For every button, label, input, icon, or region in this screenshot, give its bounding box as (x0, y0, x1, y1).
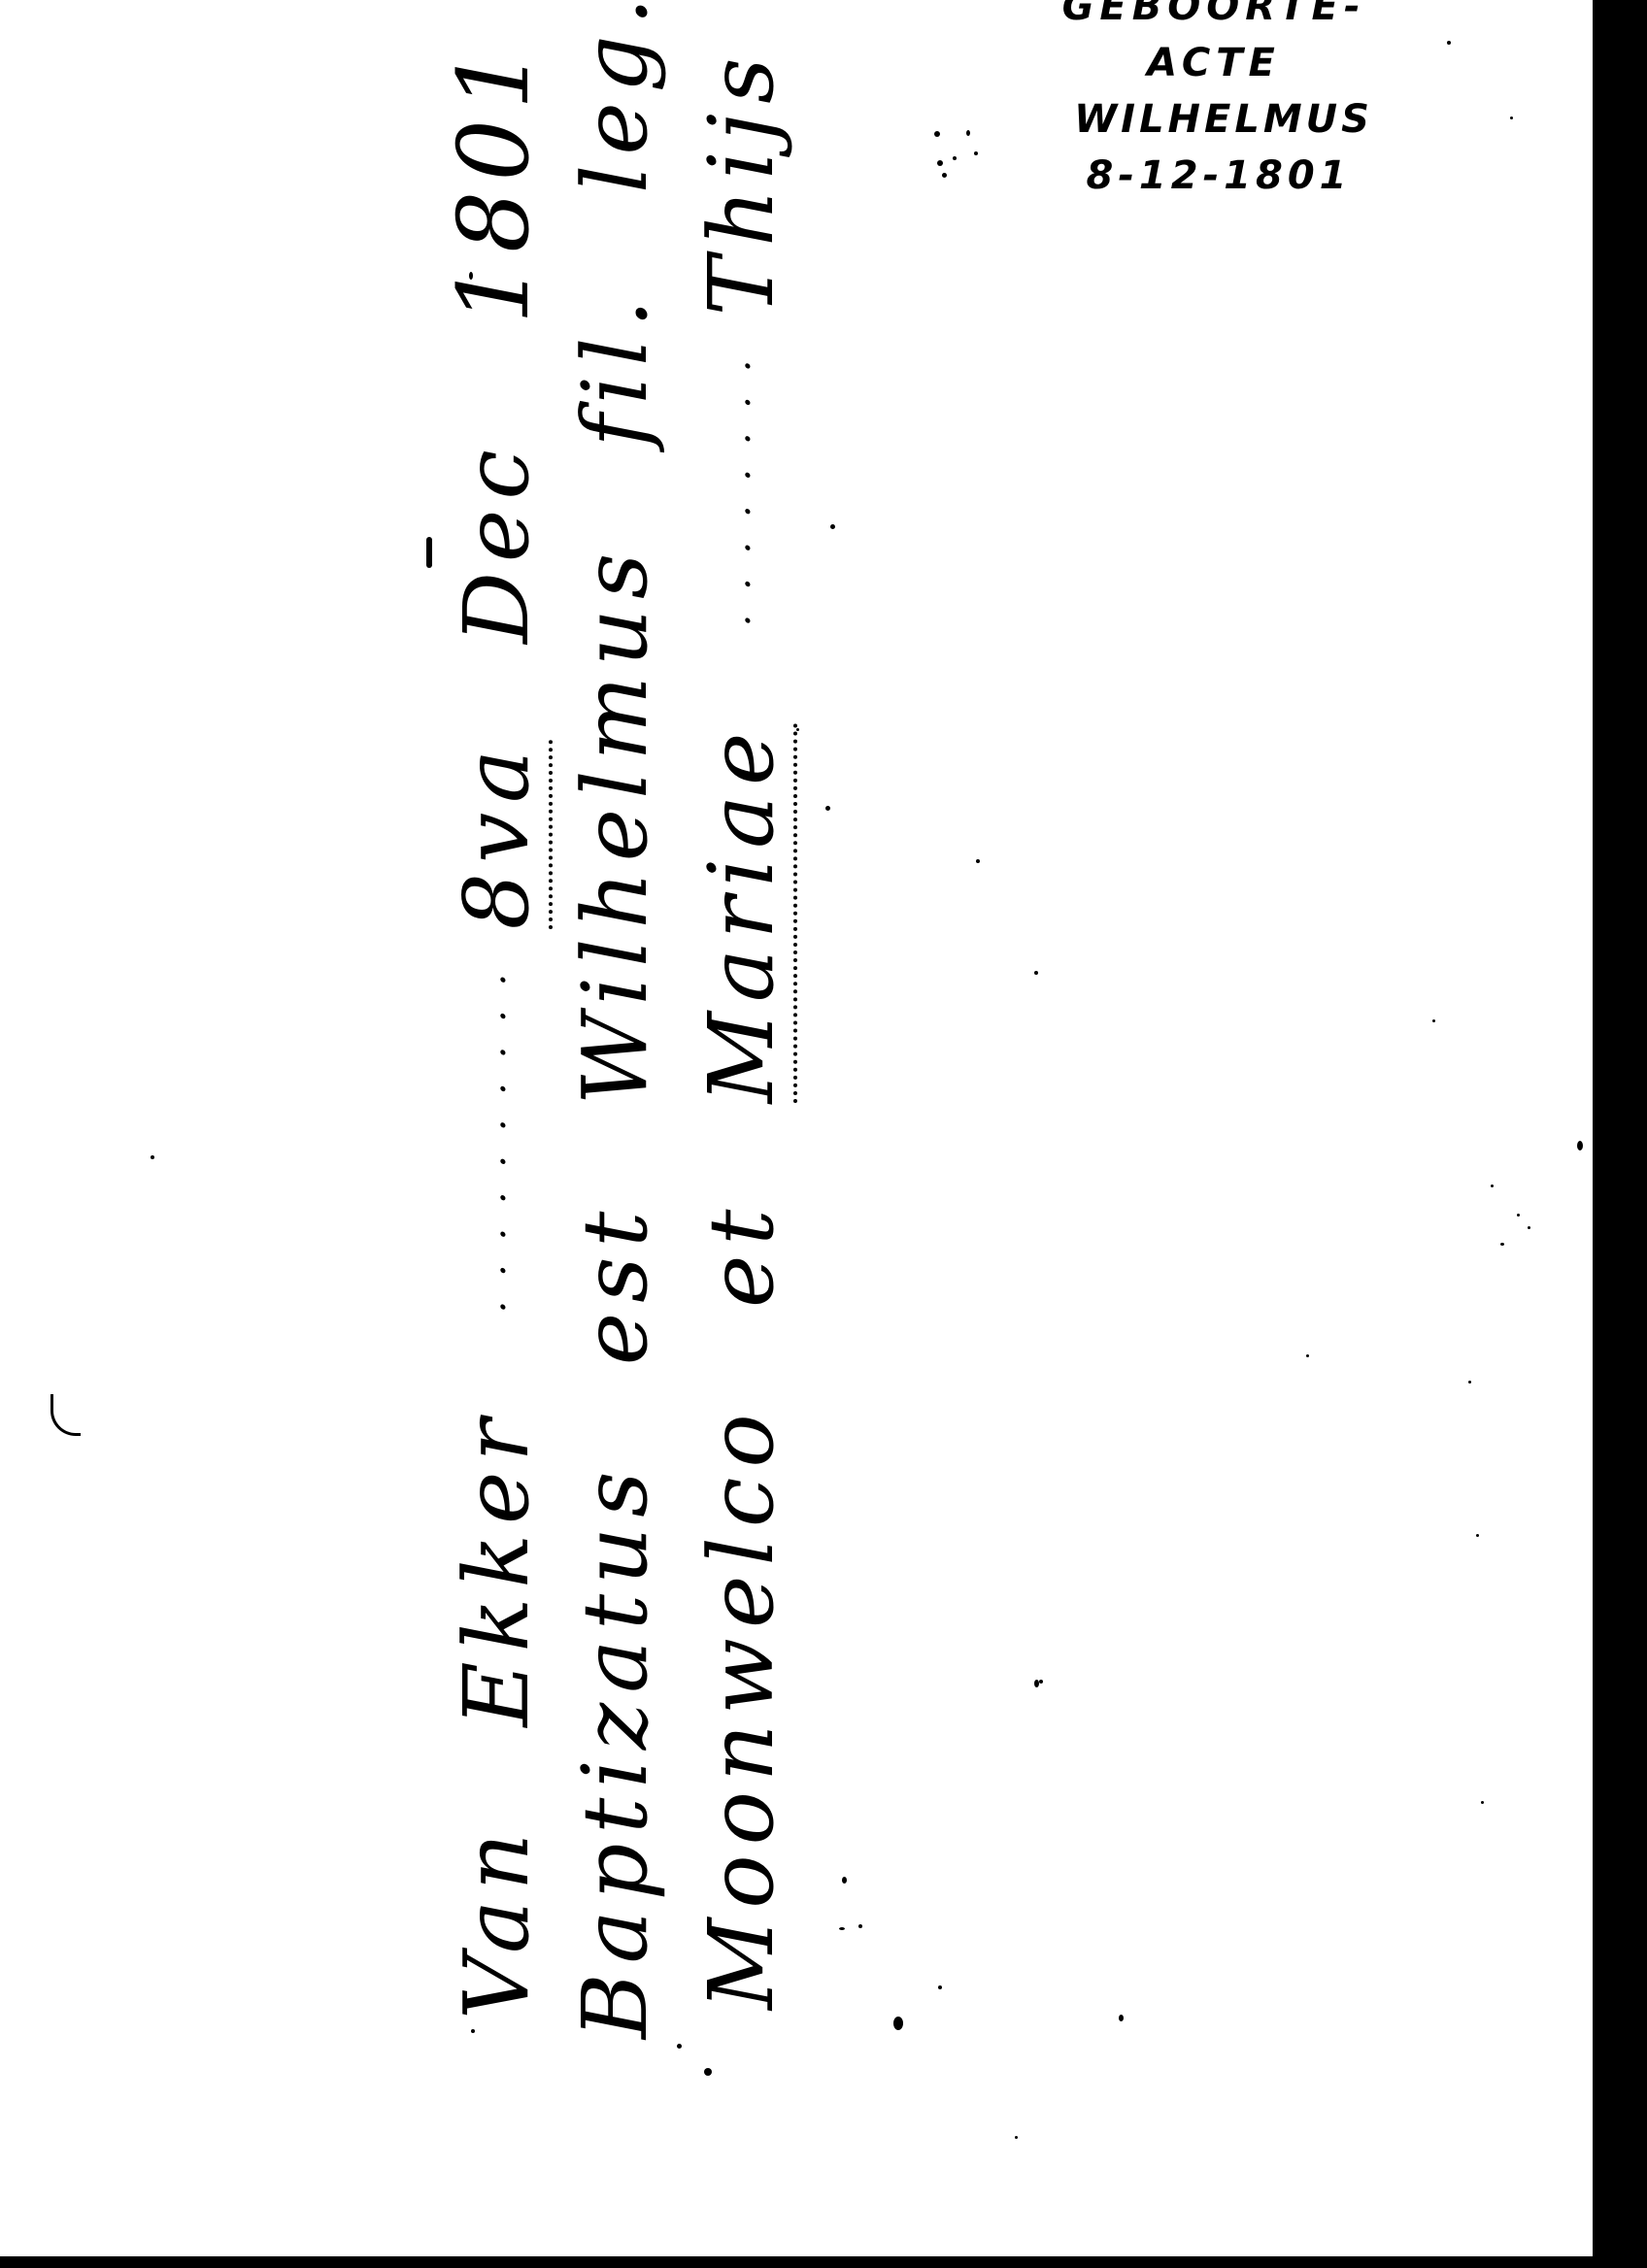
archive-stamp: GEBOORTE-ACTE WILHELMUS 8-12-1801 (1010, 0, 1418, 204)
scan-speck (796, 728, 799, 731)
scan-speck (1447, 41, 1451, 45)
handwritten-word: Dec (445, 440, 549, 644)
scan-speck (1306, 1354, 1309, 1357)
scan-speck (1034, 971, 1038, 975)
scan-border-right (1593, 0, 1647, 2268)
handwriting-line-2: Baptizatus est Wilhelmus fil. leg. Steph… (563, 0, 667, 2039)
handwritten-word: fil. (563, 289, 667, 447)
scan-speck (825, 806, 830, 811)
scan-speck (469, 272, 473, 280)
scan-speck (1500, 1243, 1504, 1246)
scan-speck (1577, 1141, 1583, 1151)
stray-pen-mark (50, 1394, 81, 1436)
scan-speck (151, 1155, 154, 1159)
stamp-name: WILHELMUS (1029, 91, 1418, 148)
handwritten-word: Baptizatus (563, 1462, 667, 2040)
scan-border-bottom (0, 2256, 1647, 2268)
scan-speck (1432, 1019, 1435, 1022)
handwritten-word: Ekker (445, 1410, 549, 1727)
handwritten-word: Van (445, 1823, 549, 2019)
scan-speck (937, 160, 943, 166)
scan-speck (953, 156, 957, 160)
stamp-title: GEBOORTE-ACTE (1010, 0, 1418, 91)
scan-speck (492, 1845, 496, 1849)
handwritten-word: est (563, 1202, 667, 1366)
handwritten-year: 1801 (437, 38, 551, 324)
handwriting-line-1: Van Ekker · · · · · · · · · · 8va Dec 18… (437, 38, 553, 2019)
scan-speck (1510, 117, 1513, 119)
handwritten-word: Mariae (689, 723, 797, 1104)
handwritten-word: 8va (445, 740, 553, 929)
scan-speck (1481, 1801, 1484, 1804)
scan-speck (1528, 1226, 1530, 1229)
scan-speck (1119, 2015, 1124, 2021)
scan-speck (1015, 2136, 1018, 2139)
handwritten-word: Thijs (689, 49, 793, 317)
stamp-date: 8-12-1801 (1020, 148, 1418, 204)
handwritten-word: leg. (563, 0, 667, 193)
handwriting-line-3: Moonwelco et Mariae · · · · · · · · Thij… (689, 0, 797, 2010)
scan-speck (839, 1927, 845, 1930)
scan-speck (966, 130, 970, 136)
scan-speck (842, 1877, 847, 1884)
scan-speck (1517, 1214, 1520, 1217)
scan-speck (938, 1985, 942, 1989)
handwritten-word: Wilhelmus (563, 544, 667, 1106)
handwritten-word: Moonwelco (689, 1404, 793, 2010)
scan-speck (1039, 1680, 1043, 1684)
scan-speck (830, 524, 835, 529)
dotted-filler: · · · · · · · · · · (482, 968, 526, 1314)
scan-speck (893, 2017, 903, 2030)
scanned-document-page: GEBOORTE-ACTE WILHELMUS 8-12-1801 Van Ek… (0, 0, 1593, 2256)
scan-speck (1468, 1381, 1471, 1384)
scan-speck (974, 151, 978, 155)
scan-speck (471, 2029, 475, 2033)
scan-speck (976, 859, 980, 863)
scan-speck (942, 173, 947, 178)
dotted-filler: · · · · · · · · (726, 354, 771, 627)
scan-speck (1476, 1534, 1479, 1537)
handwritten-register-entry: Van Ekker · · · · · · · · · · 8va Dec 18… (408, 126, 816, 2049)
scan-speck (1491, 1184, 1494, 1187)
stray-pen-mark (426, 537, 432, 568)
scan-speck (858, 1924, 862, 1928)
scan-speck (677, 2044, 682, 2049)
scan-speck (704, 2068, 712, 2076)
handwritten-word: et (689, 1200, 793, 1308)
scan-speck (934, 131, 940, 137)
